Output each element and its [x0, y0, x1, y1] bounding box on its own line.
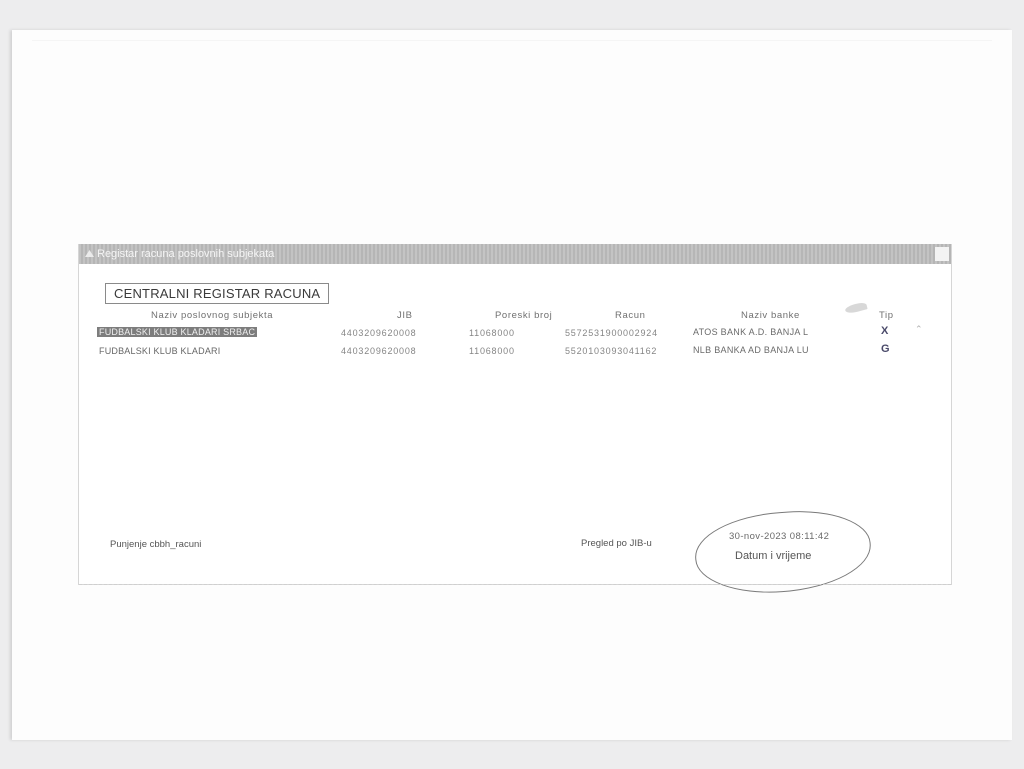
window-titlebar: Registar racuna poslovnih subjekata: [79, 244, 951, 264]
row-poreski: 11068000: [469, 328, 515, 338]
row-banka: ATOS BANK A.D. BANJA L: [693, 327, 808, 337]
row-banka: NLB BANKA AD BANJA LU: [693, 345, 809, 355]
col-jib: JIB: [397, 310, 413, 321]
row-jib: 4403209620008: [341, 346, 416, 356]
row-naziv[interactable]: FUDBALSKI KLUB KLADARI SRBAC: [97, 327, 257, 337]
datetime-label: Datum i vrijeme: [735, 550, 811, 562]
scroll-up-icon[interactable]: ⌃: [915, 324, 923, 335]
col-tip: Tip: [879, 310, 894, 321]
close-icon[interactable]: [935, 247, 949, 261]
app-icon: [85, 250, 94, 257]
pregled-jib-button[interactable]: Pregled po JIB-u: [581, 538, 652, 549]
row-naziv[interactable]: FUDBALSKI KLUB KLADARI: [99, 346, 220, 356]
registry-window: Registar racuna poslovnih subjekata CENT…: [78, 244, 952, 585]
punjenje-button[interactable]: Punjenje cbbh_racuni: [110, 539, 201, 550]
row-jib: 4403209620008: [341, 328, 416, 338]
scanned-paper: Registar racuna poslovnih subjekata CENT…: [12, 30, 1012, 740]
col-naziv: Naziv poslovnog subjekta: [151, 310, 273, 321]
datetime-value: 30-nov-2023 08:11:42: [729, 531, 829, 542]
scan-smudge: [844, 301, 867, 314]
window-title: Registar racuna poslovnih subjekata: [97, 248, 274, 260]
scan-artifact: [32, 40, 992, 49]
registry-header: CENTRALNI REGISTAR RACUNA: [105, 283, 329, 304]
row-poreski: 11068000: [469, 346, 515, 356]
row-racun: 5572531900002924: [565, 328, 658, 338]
col-poreski: Poreski broj: [495, 310, 552, 321]
row-tip: X: [881, 325, 889, 337]
window-bottom-edge: [79, 584, 951, 585]
col-banka: Naziv banke: [741, 310, 800, 321]
col-racun: Racun: [615, 310, 645, 321]
row-racun: 5520103093041162: [565, 346, 657, 356]
row-tip: G: [881, 343, 890, 355]
